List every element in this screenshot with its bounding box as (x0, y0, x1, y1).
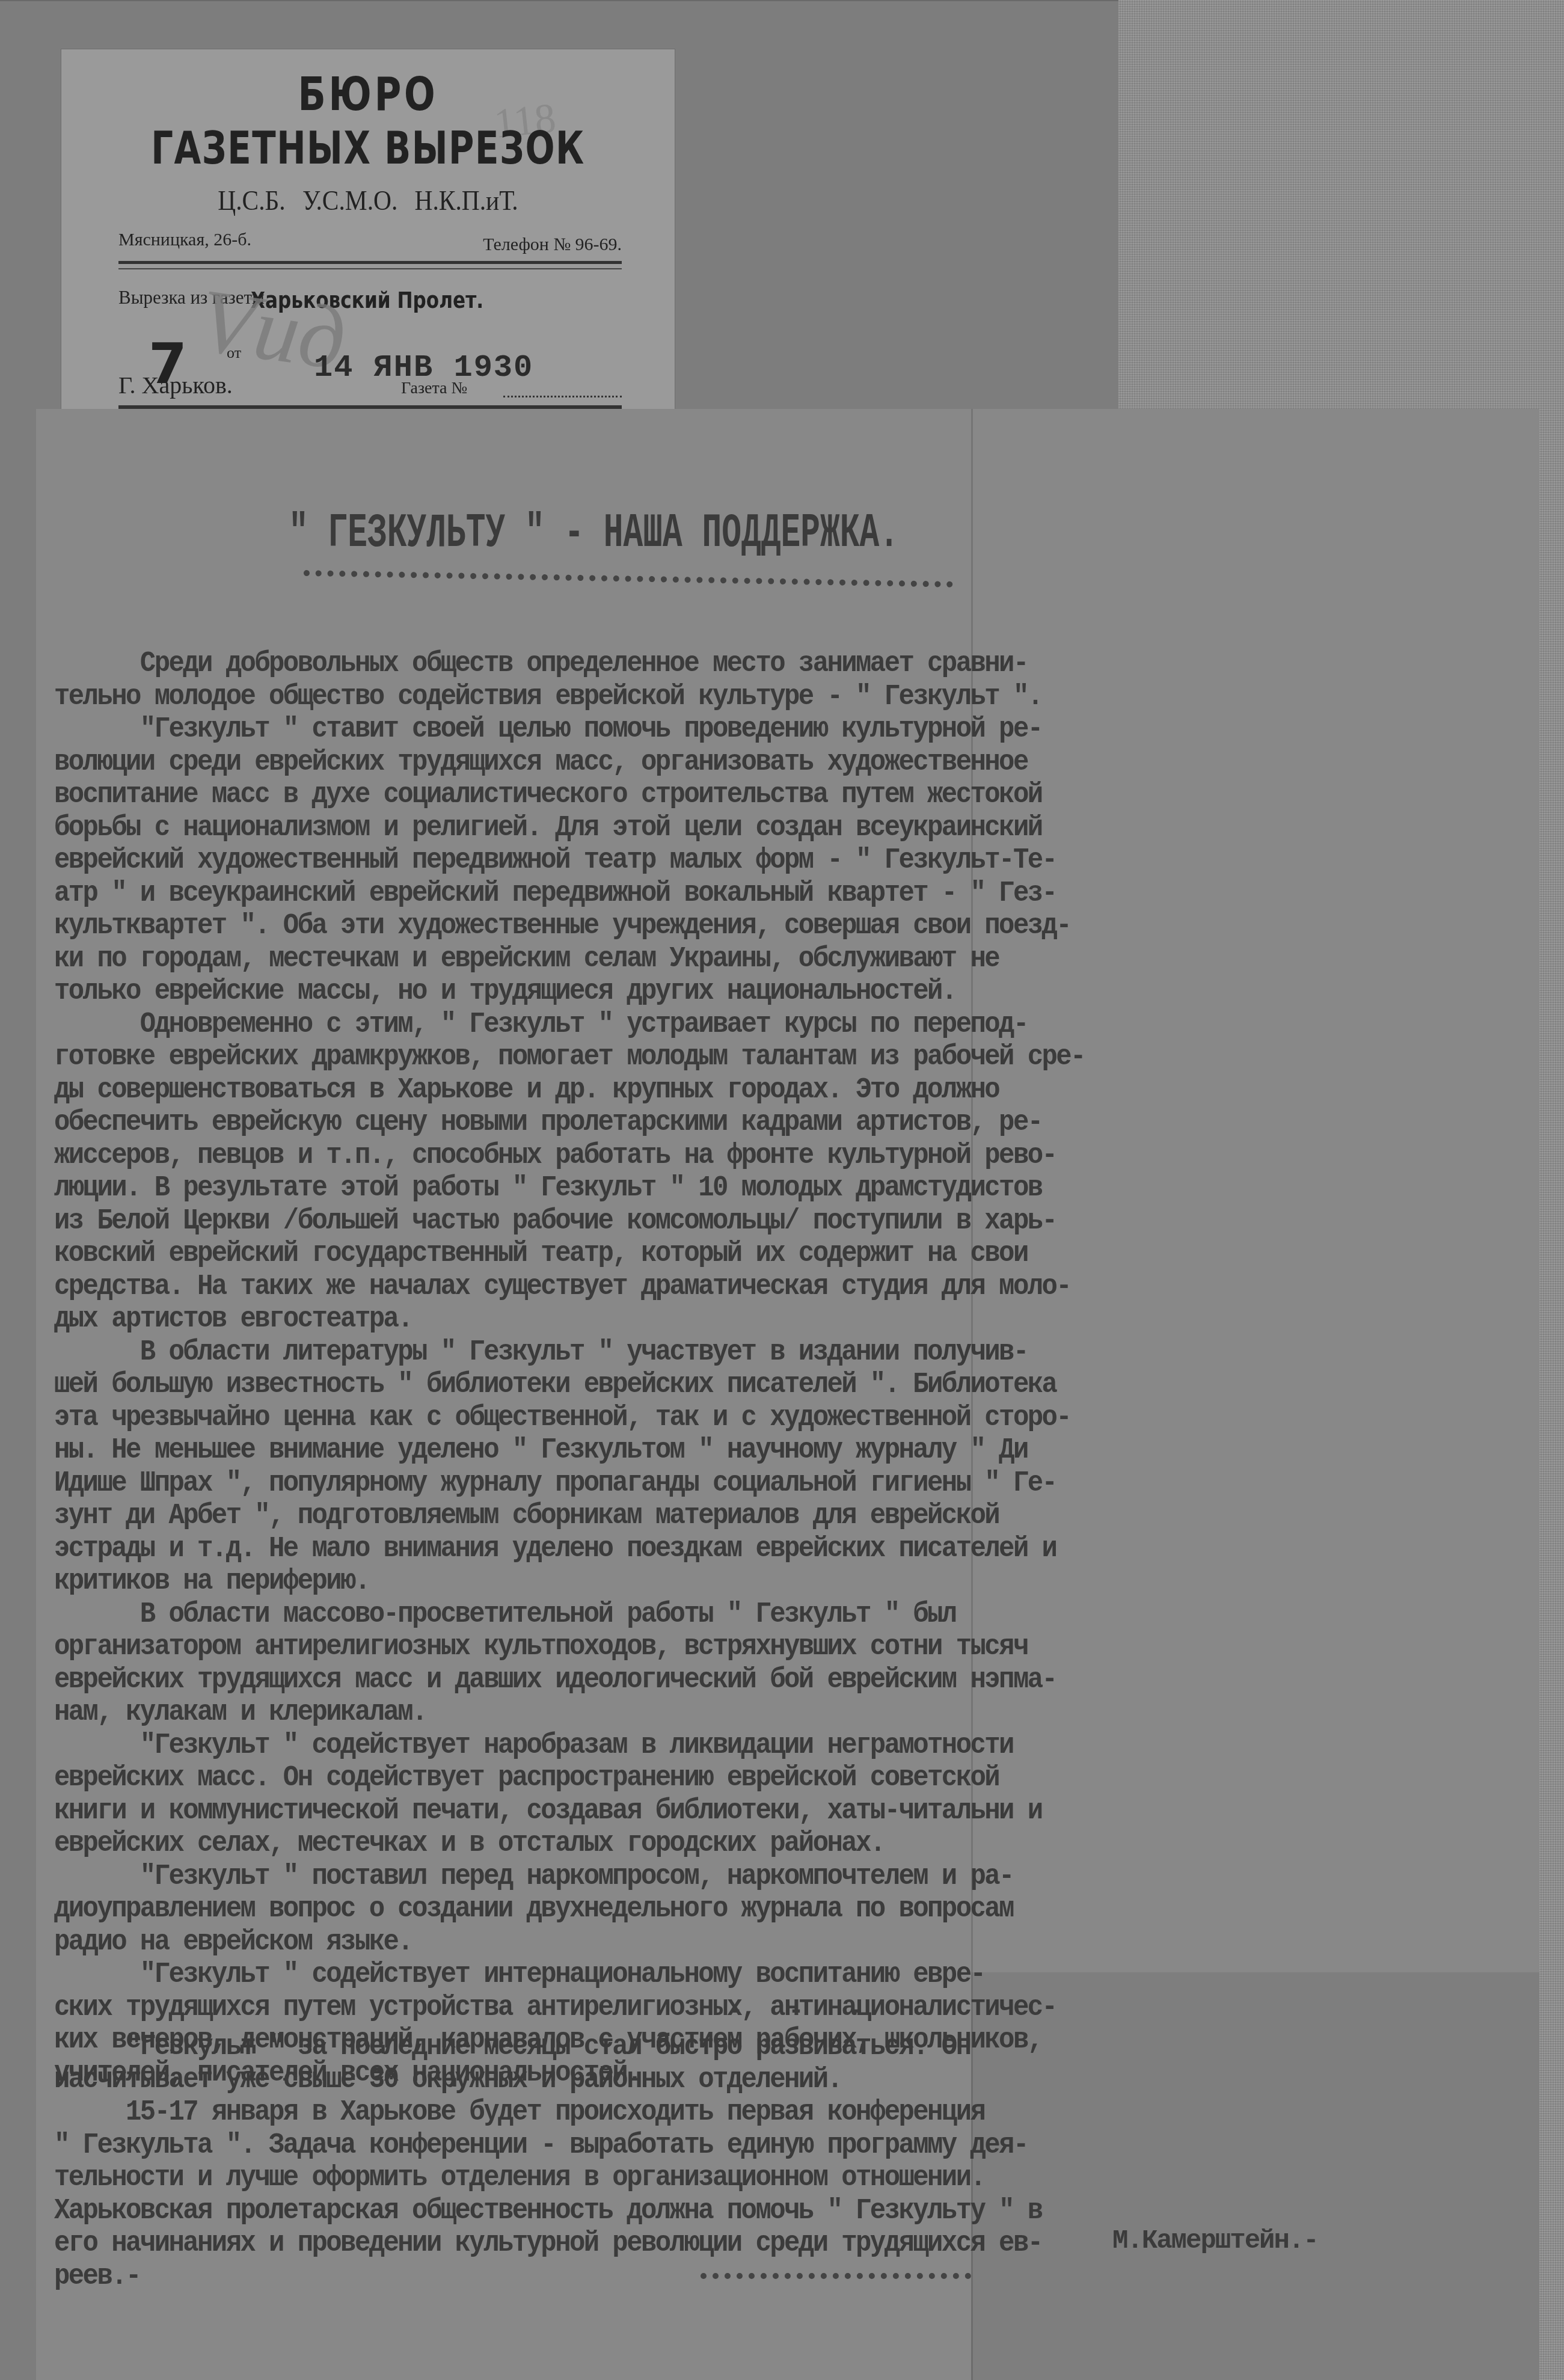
typed-line: "Гезкульт " за последние месяцы стал быс… (54, 2032, 970, 2061)
typed-line: В области массово-просветительной работы… (54, 1600, 956, 1629)
typed-line: дых артистов евгостеатра. (54, 1305, 412, 1334)
typed-line: книги и коммунистической печати, создава… (54, 1797, 1042, 1826)
label-divider (118, 261, 622, 264)
typed-line: организатором антирелигиозных культпоход… (54, 1633, 1028, 1661)
end-rule (701, 2273, 971, 2279)
bureau-title-line1: БЮРО (123, 67, 613, 121)
typed-line: борьбы с национализмом и религией. Для э… (54, 814, 1042, 842)
typed-line: тельности и лучше оформить отделения в о… (54, 2164, 984, 2192)
typed-line: В области литературы " Гезкульт " участв… (54, 1338, 1028, 1367)
bureau-title-line2: ГАЗЕТНЫХ ВЫРЕЗОК (129, 123, 607, 174)
typed-line: "Гезкульт " ставит своей целью помочь пр… (54, 715, 1042, 744)
typed-line: люции. В результате этой работы " Гезкул… (54, 1174, 1042, 1203)
typed-line: шей большую известность " библиотеки евр… (54, 1370, 1056, 1399)
typed-line: Идише Шпрах ", популярному журналу пропа… (54, 1469, 1056, 1498)
bureau-phone: Телефон № 96-69. (483, 235, 622, 255)
gazeta-number-blank (503, 396, 622, 397)
city: Г. Харьков. (118, 371, 233, 399)
board-edge (0, 0, 1118, 1)
typed-line: реев.- (54, 2262, 140, 2291)
typed-line: "Гезкульт " поставил перед наркомпросом,… (54, 1862, 1013, 1891)
typed-line: "Гезкульт " содействует интернационально… (54, 1960, 984, 1989)
typed-line: "Гезкульт " содействует наробразам в лик… (54, 1731, 1013, 1760)
gazeta-number-label: Газета № (401, 379, 467, 398)
clipping-bureau-label: 118 БЮРО ГАЗЕТНЫХ ВЫРЕЗОК Ц.С.Б. У.С.М.О… (61, 49, 675, 410)
typed-line: еврейских трудящихся масс и давших идеол… (54, 1666, 1056, 1695)
typed-line: 15-17 января в Харькове будет происходит… (54, 2098, 984, 2127)
author-signature: М.Камерштейн.- (1112, 2226, 1318, 2256)
typed-line: его начинаниях и проведении культурной р… (54, 2229, 1042, 2258)
typed-line: эта чрезвычайно ценна как с общественной… (54, 1403, 1070, 1432)
typed-line: ны. Не меньшее внимание уделено " Гезкул… (54, 1436, 1028, 1465)
typed-line: жиссеров, певцов и т.п., способных работ… (54, 1141, 1056, 1170)
section-separator: - - - (728, 1996, 879, 2026)
typed-line: " Гезкульта ". Задача конференции - выра… (54, 2131, 1028, 2160)
typed-line: диоуправлением вопрос о создании двухнед… (54, 1895, 1013, 1924)
typed-line: обеспечить еврейскую сцену новыми пролет… (54, 1108, 1042, 1137)
typewritten-sheet: " ГЕЗКУЛЬТУ " - НАША ПОДДЕРЖКА. Среди до… (36, 409, 1539, 2380)
typed-line: ковский еврейский государственный театр,… (54, 1239, 1028, 1268)
typed-line: насчитывает уже свыше 30 окружных и райо… (54, 2066, 841, 2094)
typed-line: ских трудящихся путем устройства антирел… (54, 1993, 1056, 2022)
typed-line: эстрады и т.д. Не мало внимания уделено … (54, 1535, 1056, 1563)
typed-line: еврейских селах, местечках и в отсталых … (54, 1829, 885, 1858)
sheet-lower-right-panel (971, 1972, 1539, 2380)
typed-line: еврейский художественный передвижной теа… (54, 846, 1056, 875)
typed-line: только еврейские массы, но и трудящиеся … (54, 977, 956, 1006)
typed-line: ды совершенствоваться в Харькове и др. к… (54, 1076, 999, 1105)
typed-line: радио на еврейском языке. (54, 1928, 412, 1957)
heading-underline (304, 564, 953, 587)
typed-line: нам, кулакам и клерикалам. (54, 1698, 426, 1727)
typed-line: зунт ди Арбет ", подготовляемым сборника… (54, 1501, 999, 1530)
typed-line: воспитание масс в духе социалистического… (54, 781, 1042, 809)
article-heading: " ГЕЗКУЛЬТУ " - НАША ПОДДЕРЖКА. (289, 505, 899, 560)
typed-line: Харьковская пролетарская общественность … (54, 2197, 1042, 2225)
bureau-organizations: Ц.С.Б. У.С.М.О. Н.К.П.иТ. (92, 185, 644, 216)
typed-line: еврейских масс. Он содействует распростр… (54, 1764, 999, 1793)
date-prefix: от (227, 344, 241, 362)
typed-line: волюции среди еврейских трудящихся масс,… (54, 748, 1028, 777)
typed-line: ки по городам, местечкам и еврейским сел… (54, 945, 999, 974)
typed-line: тельно молодое общество содействия еврей… (54, 682, 1042, 711)
typed-line: Одновременно с этим, " Гезкульт " устраи… (54, 1010, 1028, 1039)
label-divider-thin (118, 268, 622, 269)
bureau-address: Мясницкая, 26-б. (118, 230, 251, 250)
typed-line: Среди добровольных обществ определенное … (54, 649, 1028, 678)
typed-line: из Белой Церкви /большей частью рабочие … (54, 1207, 1056, 1236)
typed-line: атр " и всеукраинский еврейский передвиж… (54, 879, 1056, 908)
typed-line: готовке еврейских драмкружков, помогает … (54, 1043, 1085, 1072)
typed-line: критиков на периферию. (54, 1567, 369, 1596)
typed-line: средства. На таких же началах существует… (54, 1272, 1070, 1301)
typed-line: культквартет ". Оба эти художественные у… (54, 912, 1070, 940)
